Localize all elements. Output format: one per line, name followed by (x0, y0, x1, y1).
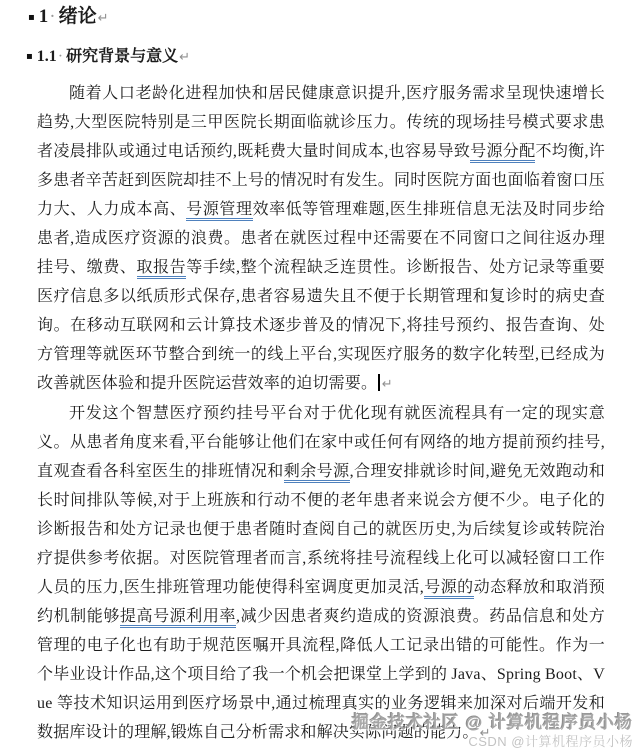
grammar-flagged-phrase: 号源分配 (470, 143, 535, 163)
space-dot-mark: · (48, 6, 58, 27)
document-page: ▪1·绪论↵ ▪1.1·研究背景与意义↵ 随着人口老龄化进程加快和居民健康意识提… (0, 0, 641, 751)
paragraphs[interactable]: 随着人口老龄化进程加快和居民健康意识提升,医疗服务需求呈现快速增长趋势,大型医院… (37, 79, 605, 748)
grammar-flagged-phrase: 取报告 (137, 259, 187, 279)
section-heading-1-1[interactable]: ▪1.1·研究背景与意义↵ (26, 45, 605, 69)
paragraph-mark-icon: ↵ (97, 11, 109, 26)
paragraph-mark-icon: ↵ (381, 377, 393, 392)
space-dot-mark: · (57, 48, 66, 65)
heading-number: 1.1 (37, 48, 57, 65)
paragraph-mark-icon: ↵ (479, 726, 491, 741)
grammar-flagged-phrase: 号源的 (424, 579, 474, 599)
heading-block-square-icon: ▪ (26, 51, 33, 62)
grammar-flagged-phrase: 提高号源利用率 (120, 608, 236, 628)
text-cursor (378, 374, 380, 391)
grammar-flagged-phrase: 号源管理 (186, 201, 252, 221)
document-body: ▪1·绪论↵ ▪1.1·研究背景与意义↵ 随着人口老龄化进程加快和居民健康意识提… (37, 0, 605, 748)
heading-title: 绪论 (59, 6, 97, 27)
heading-block-square-icon: ▪ (28, 12, 35, 23)
grammar-flagged-phrase: 剩余号源 (284, 463, 350, 483)
text-run: 等手续,整个流程缺乏连贯性。诊断报告、处方记录等重要医疗信息多以纸质形式保存,患… (37, 259, 605, 392)
heading-title: 研究背景与意义 (66, 48, 178, 65)
paragraph-mark-icon: ↵ (178, 50, 190, 65)
heading-number: 1 (39, 6, 49, 27)
section-heading-1[interactable]: ▪1·绪论↵ (28, 4, 605, 32)
paragraph[interactable]: 随着人口老龄化进程加快和居民健康意识提升,医疗服务需求呈现快速增长趋势,大型医院… (37, 79, 605, 399)
paragraph[interactable]: 开发这个智慧医疗预约挂号平台对于优化现有就医流程具有一定的现实意义。从患者角度来… (37, 399, 605, 748)
